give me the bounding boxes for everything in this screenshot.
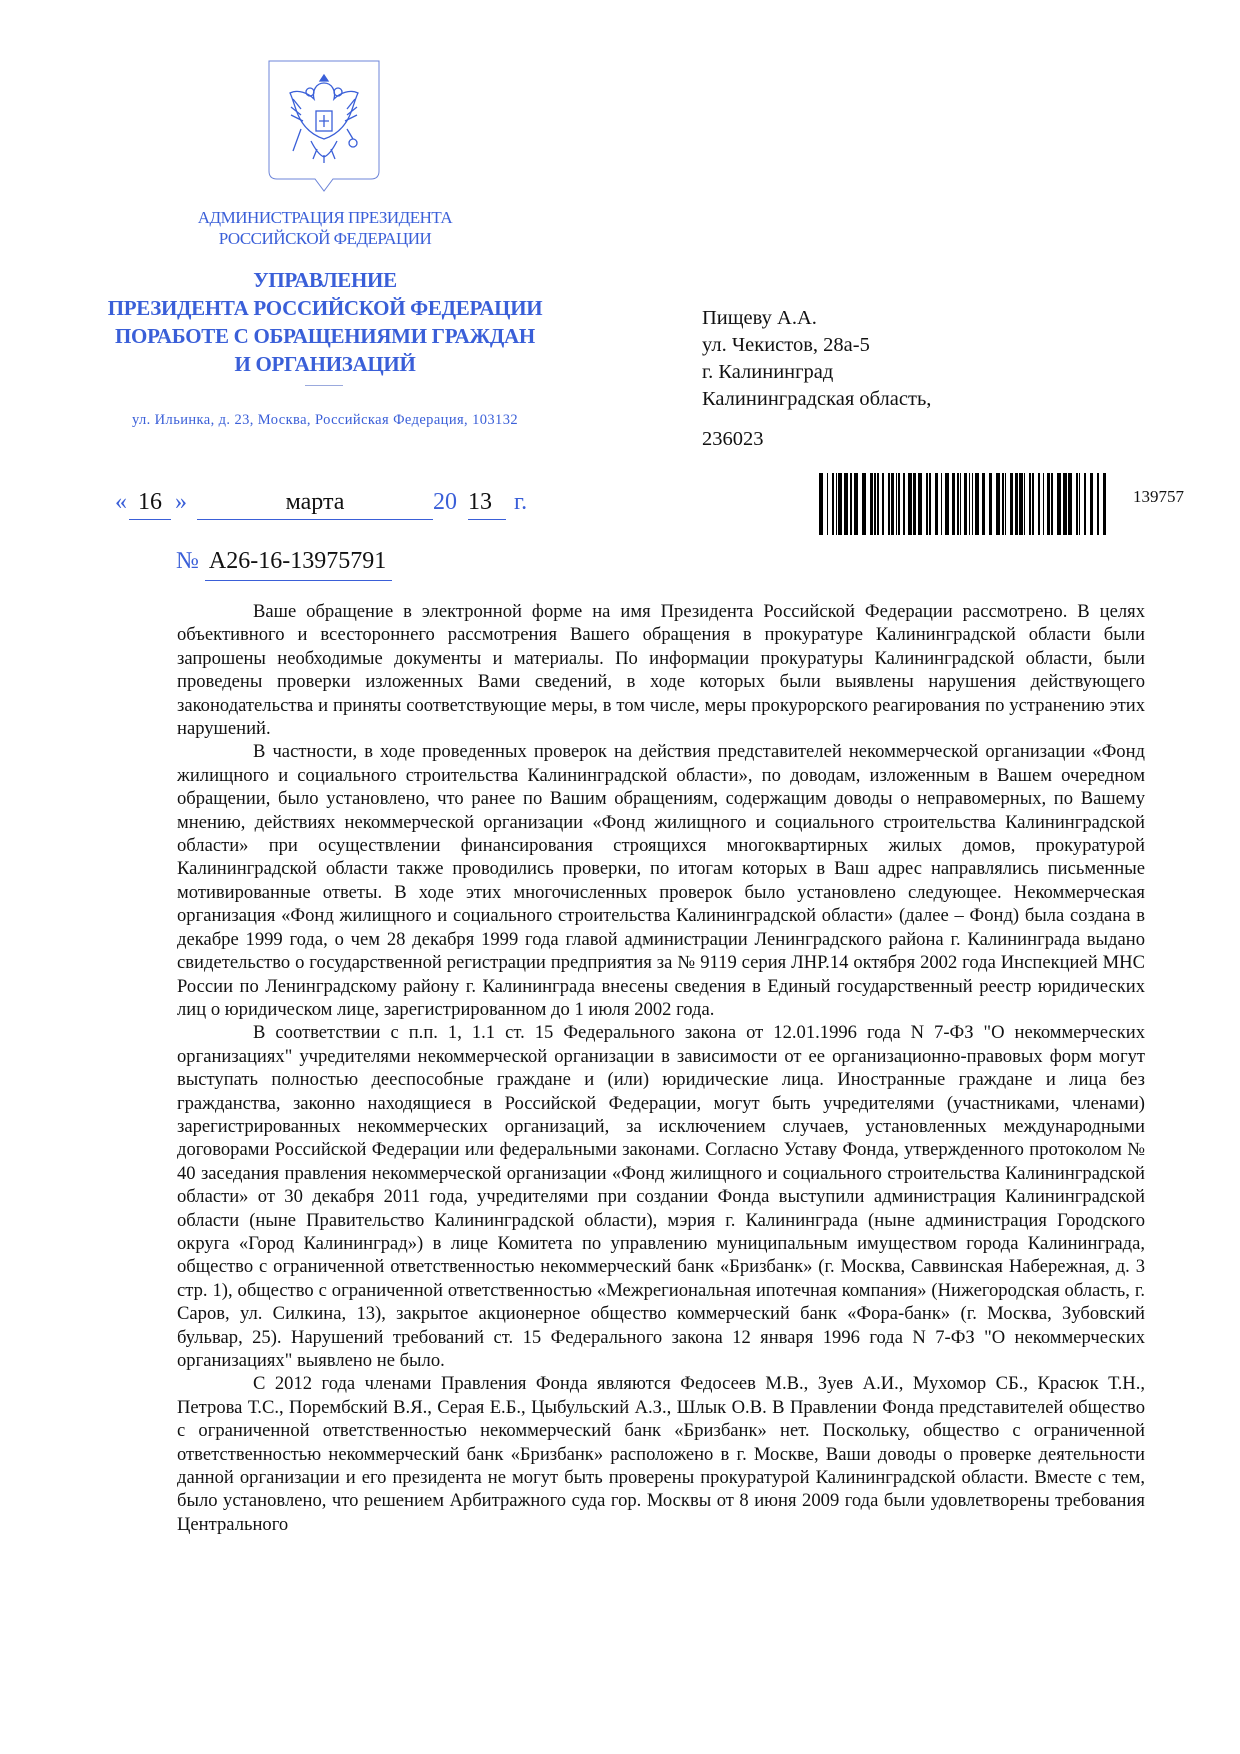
divider (305, 385, 343, 386)
admin-line-2: РОССИЙСКОЙ ФЕДЕРАЦИИ (110, 228, 540, 249)
paragraph: В частности, в ходе проведенных проверок… (177, 740, 1145, 1021)
paragraph: В соответствии с п.п. 1, 1.1 ст. 15 Феде… (177, 1021, 1145, 1372)
administration-title: АДМИНИСТРАЦИЯ ПРЕЗИДЕНТА РОССИЙСКОЙ ФЕДЕ… (110, 207, 540, 249)
date-open-quote: « (115, 489, 127, 516)
paragraph: С 2012 года членами Правления Фонда явля… (177, 1372, 1145, 1536)
number-sign: № (176, 548, 199, 574)
date-close-quote: » (175, 489, 187, 516)
date-year: 13 (468, 489, 506, 520)
recipient-block: Пищеву А.А. ул. Чекистов, 28а-5 г. Калин… (702, 305, 931, 453)
dept-line: УПРАВЛЕНИЕ (90, 266, 560, 294)
barcode-number: 139757 (1133, 487, 1184, 507)
department-title: УПРАВЛЕНИЕ ПРЕЗИДЕНТА РОССИЙСКОЙ ФЕДЕРАЦ… (90, 266, 560, 378)
admin-line-1: АДМИНИСТРАЦИЯ ПРЕЗИДЕНТА (110, 207, 540, 228)
reference-value: А26-16-13975791 (205, 548, 392, 581)
russian-coat-of-arms-icon (267, 59, 381, 195)
recipient-zip: 236023 (702, 426, 931, 453)
letter-body: Ваше обращение в электронной форме на им… (177, 600, 1145, 1536)
recipient-street: ул. Чекистов, 28а-5 (702, 332, 931, 359)
dept-line: И ОРГАНИЗАЦИЙ (90, 350, 560, 378)
date-century: 20 (433, 489, 457, 516)
recipient-name: Пищеву А.А. (702, 305, 931, 332)
date-suffix: г. (514, 489, 527, 516)
paragraph: Ваше обращение в электронной форме на им… (177, 600, 1145, 740)
date-month: марта (197, 489, 433, 520)
recipient-region: Калининградская область, (702, 386, 931, 413)
reference-number: № А26-16-13975791 (176, 548, 392, 581)
dept-line: ПРЕЗИДЕНТА РОССИЙСКОЙ ФЕДЕРАЦИИ (90, 294, 560, 322)
barcode-icon (815, 473, 1115, 535)
sender-address: ул. Ильинка, д. 23, Москва, Российская Ф… (85, 412, 565, 429)
date-day: 16 (129, 489, 171, 520)
dept-line: ПОРАБОТЕ С ОБРАЩЕНИЯМИ ГРАЖДАН (90, 322, 560, 350)
recipient-city: г. Калининград (702, 359, 931, 386)
